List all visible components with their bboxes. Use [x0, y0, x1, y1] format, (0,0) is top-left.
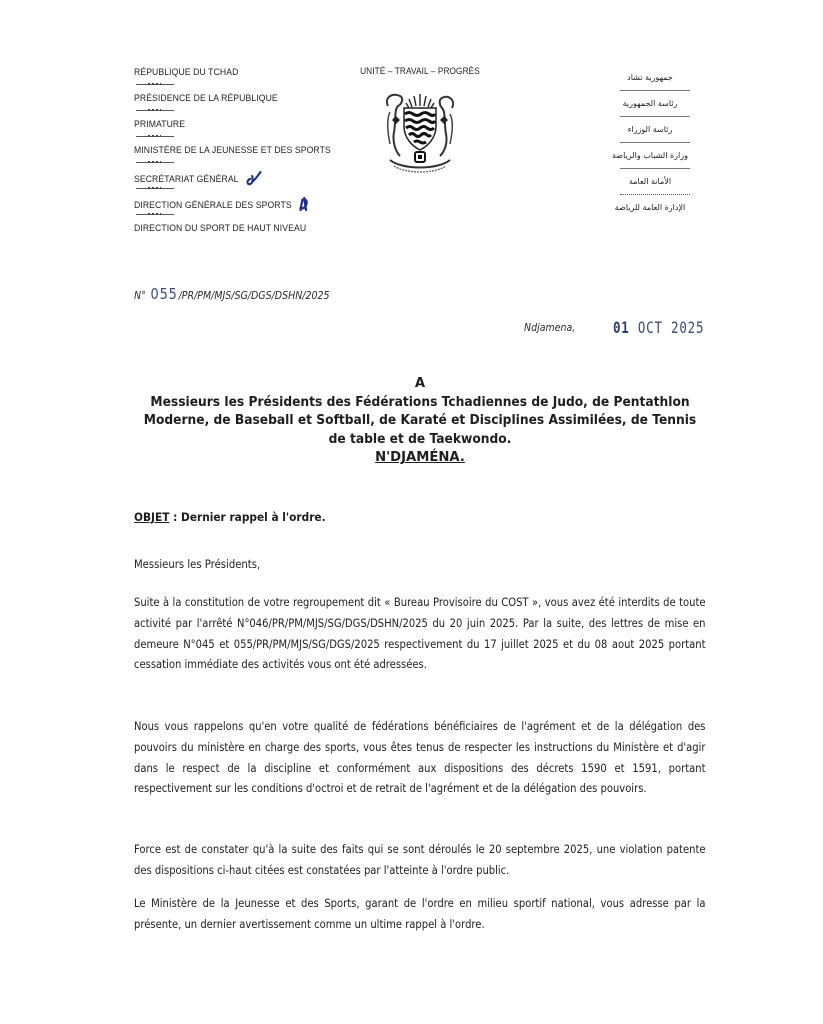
header-ar-republic: جمهورية تشاد	[600, 72, 700, 84]
reference-suffix: /PR/PM/MJS/SG/DGS/DSHN/2025	[179, 289, 330, 302]
header-separator	[600, 110, 700, 124]
national-motto: UNITÉ – TRAVAIL – PROGRÈS	[351, 66, 489, 76]
header-separator	[600, 136, 700, 150]
header-line-dgs: DIRECTION GÉNÉRALE DES SPORTS	[134, 196, 385, 208]
reference-prefix: N°	[134, 289, 146, 302]
subject-line: OBJET : Dernier rappel à l'ordre.	[134, 510, 326, 524]
body-paragraph-2: Nous vous rappelons qu'en votre qualité …	[134, 717, 706, 800]
addressee-a: A	[120, 375, 720, 394]
body-paragraph-4: Le Ministère de la Jeunesse et des Sport…	[134, 894, 706, 936]
header-separator	[600, 84, 700, 98]
subject-label: OBJET	[134, 510, 169, 524]
header-ar-primature: رئاسة الوزراء	[600, 124, 700, 136]
header-institutions-ar: جمهورية تشاد رئاسة الجمهورية رئاسة الوزر…	[600, 72, 700, 214]
header-separator	[600, 162, 700, 176]
addressee-recipients: Messieurs les Présidents des Fédérations…	[141, 394, 699, 450]
date-stamp-month-year: OCT 2025	[638, 318, 704, 337]
header-ar-dgs: الإدارة العامة للرياضة	[600, 202, 700, 214]
letter-page: RÉPUBLIQUE DU TCHAD PRÉSIDENCE DE LA RÉP…	[0, 0, 823, 1024]
body-paragraph-3: Force est de constater qu'à la suite des…	[134, 840, 706, 882]
date-stamp: 01 OCT 2025	[613, 318, 704, 337]
place-date: Ndjamena, 01 OCT 2025	[524, 318, 730, 337]
header-ar-secretariat: الأمانة العامة	[600, 176, 700, 188]
addressee-city: N'DJAMÉNA.	[120, 449, 720, 468]
header-separator	[134, 182, 404, 196]
header-center: UNITÉ – TRAVAIL – PROGRÈS	[345, 66, 495, 178]
reference-handwritten-number: 055	[151, 285, 178, 303]
addressee-block: A Messieurs les Présidents des Fédératio…	[120, 375, 720, 468]
salutation: Messieurs les Présidents,	[134, 558, 260, 571]
header-ar-presidency: رئاسة الجمهورية	[600, 98, 700, 110]
reference-number: N° 055/PR/PM/MJS/SG/DGS/DSHN/2025	[134, 285, 330, 303]
date-stamp-day: 01	[613, 318, 630, 337]
header-separator	[600, 188, 700, 202]
date-place: Ndjamena,	[524, 322, 575, 334]
coat-of-arms-icon	[380, 86, 460, 178]
subject-text: : Dernier rappel à l'ordre.	[169, 510, 325, 524]
header-separator	[134, 208, 404, 222]
header-line-dshn: DIRECTION DU SPORT DE HAUT NIVEAU	[134, 222, 385, 234]
header-ar-ministry: وزارة الشباب والرياضة	[600, 150, 700, 162]
body-paragraph-1: Suite à la constitution de votre regroup…	[134, 593, 706, 676]
